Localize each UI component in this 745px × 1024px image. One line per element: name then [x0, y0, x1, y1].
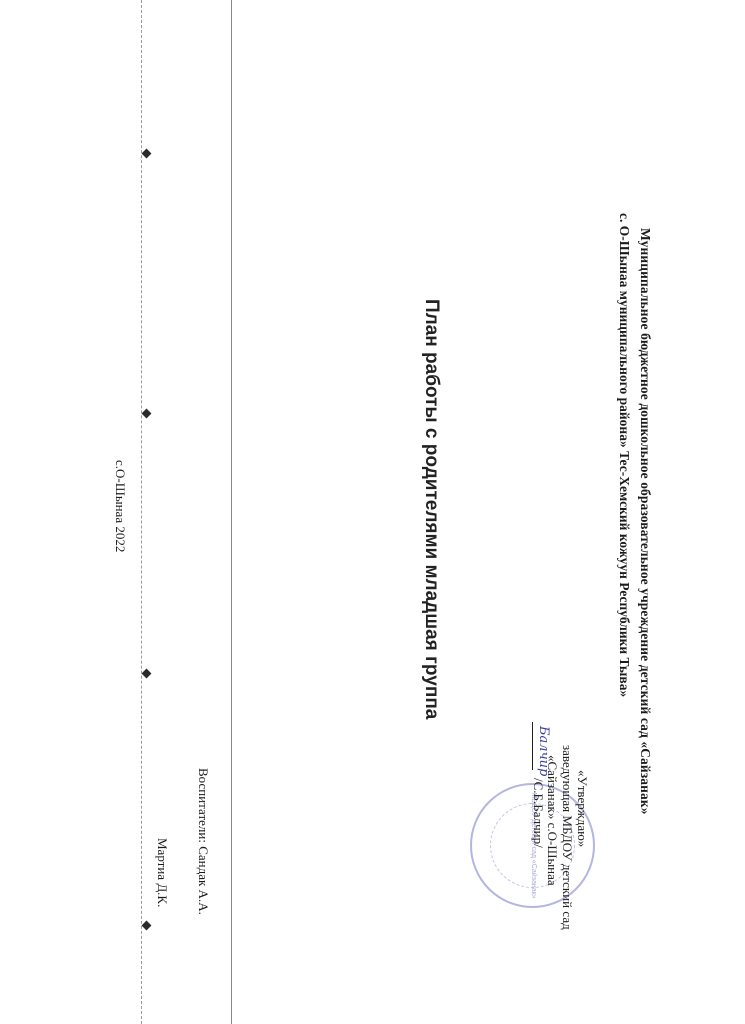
scanned-page: Муниципальное бюджетное дошкольное образ…	[0, 0, 745, 1024]
binder-hole-marker	[142, 409, 152, 419]
teachers-line1: Воспитатели: Сандак А.А.	[195, 768, 211, 915]
institution-header-line1: Муниципальное бюджетное дошкольное образ…	[637, 228, 653, 815]
approval-position: заведующая МБДОУ детский сад	[560, 745, 574, 930]
approval-signatory: /С.Б.Балчир/	[531, 778, 545, 848]
institution-header-line2: с. О-Шынаа муниципального района» Тес-Хе…	[616, 213, 632, 697]
scan-fold-line	[231, 0, 232, 1024]
signature: Балчир	[536, 726, 551, 776]
document-title: План работы с родителями младшая группа	[420, 299, 442, 719]
approval-label: «Утверждаю»	[575, 770, 589, 847]
place-year: с.О-Шынаа 2022	[112, 460, 128, 552]
binder-hole-marker	[142, 669, 152, 679]
binder-hole-marker	[142, 149, 152, 159]
teachers-line2: Мартиа Д.К.	[154, 838, 170, 907]
signature-line: Балчир	[532, 722, 545, 770]
binder-hole-marker	[142, 921, 152, 931]
